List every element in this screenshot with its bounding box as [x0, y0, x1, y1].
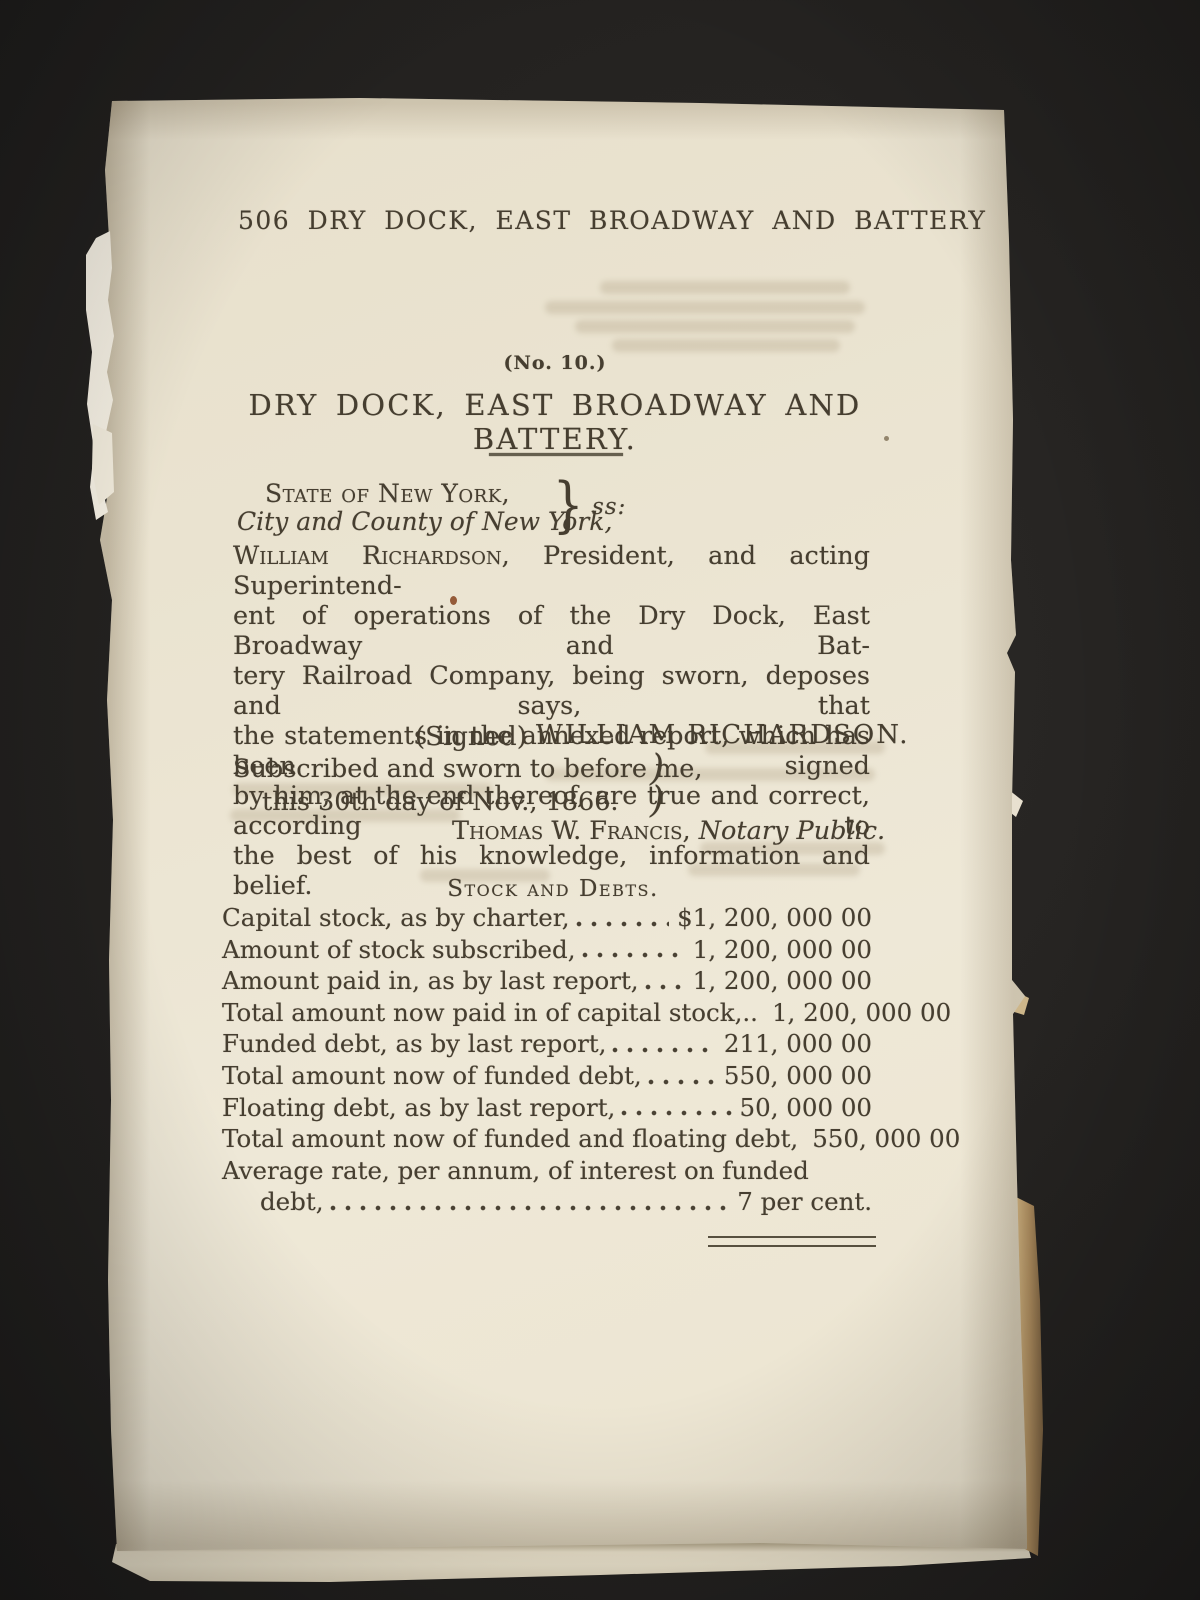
photo-scene: 506 DRY DOCK, EAST BROADWAY AND BATTERY …: [0, 0, 1200, 1600]
deponent-name: William Richardson: [233, 541, 502, 571]
table-heading: Stock and Debts.: [233, 876, 873, 902]
table-row: Capital stock, as by charter,$1, 200, 00…: [222, 903, 872, 935]
dot-leader: [612, 1046, 716, 1054]
jurat-line-2: this 30th day of Nov., 1866.: [262, 787, 619, 817]
jurat-brace: ): [650, 780, 664, 821]
amount-cell: 1, 200, 000 00: [693, 935, 872, 964]
running-header: 506 DRY DOCK, EAST BROADWAY AND BATTERY: [238, 206, 986, 235]
table-row: debt,7 per cent.: [222, 1187, 872, 1219]
table-row: Total amount now paid in of capital stoc…: [222, 998, 872, 1030]
dot-leader: [576, 920, 670, 928]
show-through-text: [600, 281, 850, 294]
dot-leader: [648, 1078, 716, 1086]
amount-cell: 211, 000 00: [724, 1029, 872, 1058]
table-row: Floating debt, as by last report,50, 000…: [222, 1093, 872, 1125]
notary-line: Thomas W. Francis, Notary Public.: [452, 816, 885, 846]
signed-label: (Signed): [415, 722, 527, 752]
table-row: Amount paid in, as by last report,1, 200…: [222, 966, 872, 998]
amount-cell: $1, 200, 000 00: [677, 903, 872, 932]
table-closing-double-rule: [708, 1236, 876, 1247]
show-through-text: [612, 339, 840, 352]
table-row: Amount of stock subscribed,1, 200, 000 0…: [222, 935, 872, 967]
amount-cell: 550, 000 00: [724, 1061, 872, 1090]
venue-ss-abbrev: ss:: [592, 494, 626, 520]
affidavit-line: ent of operations of the Dry Dock, East …: [233, 601, 870, 661]
title-rule: [489, 453, 623, 456]
page-title: DRY DOCK, EAST BROADWAY AND BATTERY.: [170, 388, 940, 456]
table-row: Total amount now of funded and floating …: [222, 1124, 872, 1156]
amount-cell: 550, 000 00: [812, 1124, 960, 1153]
amount-cell: 50, 000 00: [740, 1093, 872, 1122]
stock-and-debts-table: Capital stock, as by charter,$1, 200, 00…: [222, 903, 872, 1219]
signature-name: WILLIAM RICHARDSON.: [536, 720, 910, 750]
dot-leader: [330, 1204, 730, 1212]
table-row: Average rate, per annum, of interest on …: [222, 1156, 872, 1188]
affidavit-line: William Richardson, President, and actin…: [233, 541, 870, 601]
amount-cell: 7 per cent.: [737, 1187, 872, 1216]
affidavit-line: tery Railroad Company, being sworn, depo…: [233, 661, 870, 721]
show-through-text: [575, 320, 855, 333]
dot-leader: [582, 951, 685, 959]
dot-leader: [621, 1109, 731, 1117]
ink-speck: [884, 436, 889, 441]
venue-brace: }: [553, 470, 584, 540]
table-row: Total amount now of funded debt,550, 000…: [222, 1061, 872, 1093]
amount-cell: 1, 200, 000 00: [693, 966, 872, 995]
notary-name: Thomas W. Francis,: [452, 816, 691, 846]
amount-cell: 1, 200, 000 00: [772, 998, 951, 1027]
venue-state-line: State of New York,: [265, 479, 510, 508]
notary-title: Notary Public.: [699, 816, 885, 846]
show-through-text: [545, 301, 865, 314]
jurat-line-1: Subscribed and sworn to before me,: [233, 754, 702, 784]
report-number: (No. 10.): [235, 352, 875, 374]
dot-leader: [645, 983, 685, 991]
ink-speck: [450, 596, 457, 605]
table-row: Funded debt, as by last report,211, 000 …: [222, 1029, 872, 1061]
